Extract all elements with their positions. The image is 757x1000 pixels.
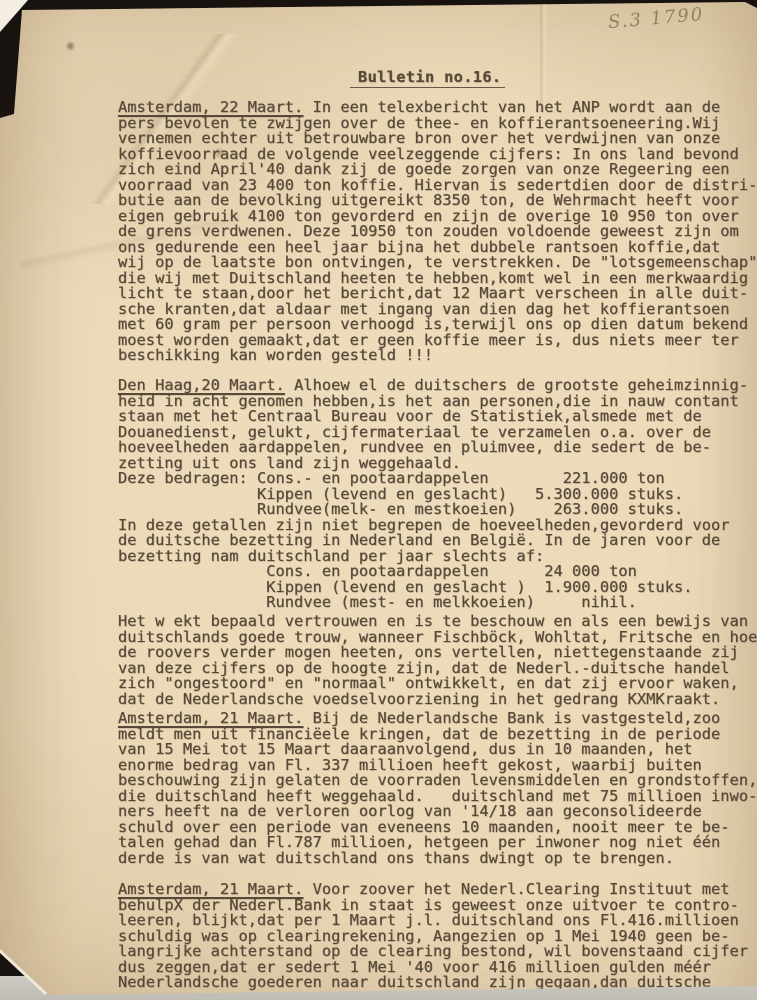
document-title: Bulletin no.16. — [350, 70, 505, 88]
paragraph: Amsterdam, 22 Maart. In een telexbericht… — [118, 100, 757, 364]
scanned-document-page: { "annotation": { "text": "S.3 1790" }, … — [0, 0, 757, 1000]
paper-sheet: S.3 1790 Bulletin no.16. Amsterdam, 22 M… — [0, 0, 757, 1000]
text-line: beschikking kan worden gesteld !!! — [118, 348, 757, 364]
document-content: S.3 1790 Bulletin no.16. Amsterdam, 22 M… — [0, 0, 757, 1000]
text-line: derde is van wat duitschland ons thans d… — [118, 851, 757, 867]
text-line: dat de Nederlandsche voedselvoorziening … — [118, 692, 757, 708]
paragraph: Het w ekt bepaald vertrouwen en is te be… — [118, 614, 757, 707]
paragraph: Amsterdam, 21 Maart. Voor zoover het Ned… — [118, 882, 757, 991]
handwritten-annotation: S.3 1790 — [607, 4, 705, 33]
paragraph: Amsterdam, 21 Maart. Bij de Nederlandsch… — [118, 711, 757, 866]
paragraph: Den Haag,20 Maart. Alhoew el de duitsche… — [118, 378, 757, 611]
text-line: Rundvee (mest- en melkkoeien) nihil. — [118, 595, 757, 611]
